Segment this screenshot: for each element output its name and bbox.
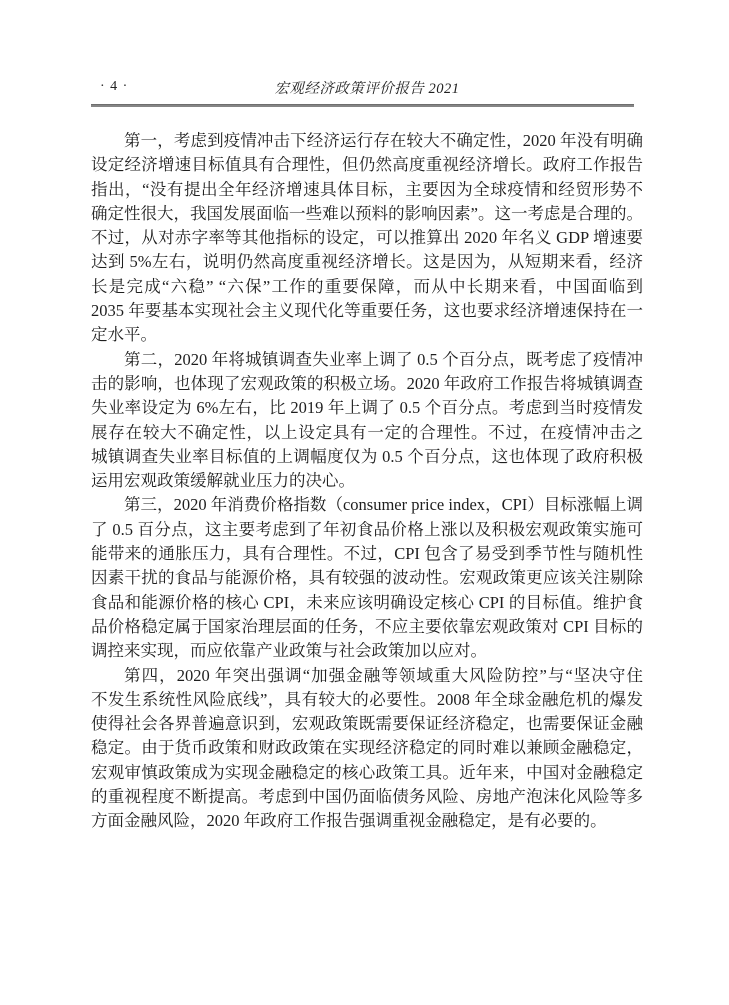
text-line: 使得社会各界普遍意识到，宏观政策既需要保证经济稳定，也需要保证金融: [91, 712, 643, 736]
header-row: · 4 · 宏观经济政策评价报告 2021: [91, 77, 643, 97]
text-line: 失业率设定为 6%左右，比 2019 年上调了 0.5 个百分点。考虑到当时疫情…: [91, 396, 643, 420]
page-number: · 4 ·: [100, 79, 128, 95]
text-line: 第一，考虑到疫情冲击下经济运行存在较大不确定性，2020 年没有明确: [91, 129, 643, 153]
text-line: 稳定。由于货币政策和财政政策在实现经济稳定的同时难以兼顾金融稳定，: [91, 736, 643, 760]
text-line: 达到 5%左右，说明仍然高度重视经济增长。这是因为，从短期来看，经济增: [91, 250, 643, 274]
text-line: 方面金融风险，2020 年政府工作报告强调重视金融稳定，是有必要的。: [91, 809, 643, 833]
text-line: 第四，2020 年突出强调“加强金融等领域重大风险防控”与“坚决守住: [91, 664, 643, 688]
text-line: 运用宏观政策缓解就业压力的决心。: [91, 469, 643, 493]
text-line: 第三，2020 年消费价格指数（consumer price index，CPI…: [91, 493, 643, 517]
document-page: · 4 · 宏观经济政策评价报告 2021 第一，考虑到疫情冲击下经济运行存在较…: [0, 0, 729, 1005]
paragraph-3: 第三，2020 年消费价格指数（consumer price index，CPI…: [91, 493, 643, 663]
text-line: 宏观审慎政策成为实现金融稳定的核心政策工具。近年来，中国对金融稳定: [91, 761, 643, 785]
text-line: 不发生系统性风险底线”，具有较大的必要性。2008 年全球金融危机的爆发: [91, 688, 643, 712]
paragraph-4: 第四，2020 年突出强调“加强金融等领域重大风险防控”与“坚决守住 不发生系统…: [91, 664, 643, 834]
text-line: 指出，“没有提出全年经济增速具体目标，主要因为全球疫情和经贸形势不: [91, 178, 643, 202]
text-line: 设定经济增速目标值具有合理性，但仍然高度重视经济增长。政府工作报告: [91, 153, 643, 177]
text-line: 定水平。: [91, 323, 643, 347]
page-header: · 4 · 宏观经济政策评价报告 2021: [91, 77, 643, 107]
text-line: 因素干扰的食品与能源价格，具有较强的波动性。宏观政策更应该关注剔除: [91, 566, 643, 590]
paragraph-2: 第二，2020 年将城镇调查失业率上调了 0.5 个百分点，既考虑了疫情冲 击的…: [91, 348, 643, 494]
header-divider: [91, 104, 634, 107]
text-line: 的重视程度不断提高。考虑到中国仍面临债务风险、房地产泡沫化风险等多: [91, 785, 643, 809]
text-line: 确定性很大，我国发展面临一些难以预料的影响因素”。这一考虑是合理的。: [91, 202, 643, 226]
text-line: 能带来的通胀压力，具有合理性。不过，CPI 包含了易受到季节性与随机性: [91, 542, 643, 566]
header-title: 宏观经济政策评价报告 2021: [91, 77, 643, 98]
text-line: 长是完成“六稳” “六保”工作的重要保障，而从中长期来看，中国面临到: [91, 275, 643, 299]
paragraph-1: 第一，考虑到疫情冲击下经济运行存在较大不确定性，2020 年没有明确 设定经济增…: [91, 129, 643, 348]
text-line: 展存在较大不确定性，以上设定具有一定的合理性。不过，在疫情冲击之下，: [91, 421, 643, 445]
text-line: 第二，2020 年将城镇调查失业率上调了 0.5 个百分点，既考虑了疫情冲: [91, 348, 643, 372]
text-line: 调控来实现，而应依靠产业政策与社会政策加以应对。: [91, 639, 643, 663]
text-line: 了 0.5 百分点，这主要考虑到了年初食品价格上涨以及积极宏观政策实施可: [91, 518, 643, 542]
text-line: 品价格稳定属于国家治理层面的任务，不应主要依靠宏观政策对 CPI 目标的: [91, 615, 643, 639]
text-line: 击的影响，也体现了宏观政策的积极立场。2020 年政府工作报告将城镇调查: [91, 372, 643, 396]
text-line: 食品和能源价格的核心 CPI，未来应该明确设定核心 CPI 的目标值。维护食: [91, 591, 643, 615]
text-line: 城镇调查失业率目标值的上调幅度仅为 0.5 个百分点，这也体现了政府积极: [91, 445, 643, 469]
text-line: 2035 年要基本实现社会主义现代化等重要任务，这也要求经济增速保持在一: [91, 299, 643, 323]
body-text: 第一，考虑到疫情冲击下经济运行存在较大不确定性，2020 年没有明确 设定经济增…: [91, 129, 643, 834]
text-line: 不过，从对赤字率等其他指标的设定，可以推算出 2020 年名义 GDP 增速要: [91, 226, 643, 250]
